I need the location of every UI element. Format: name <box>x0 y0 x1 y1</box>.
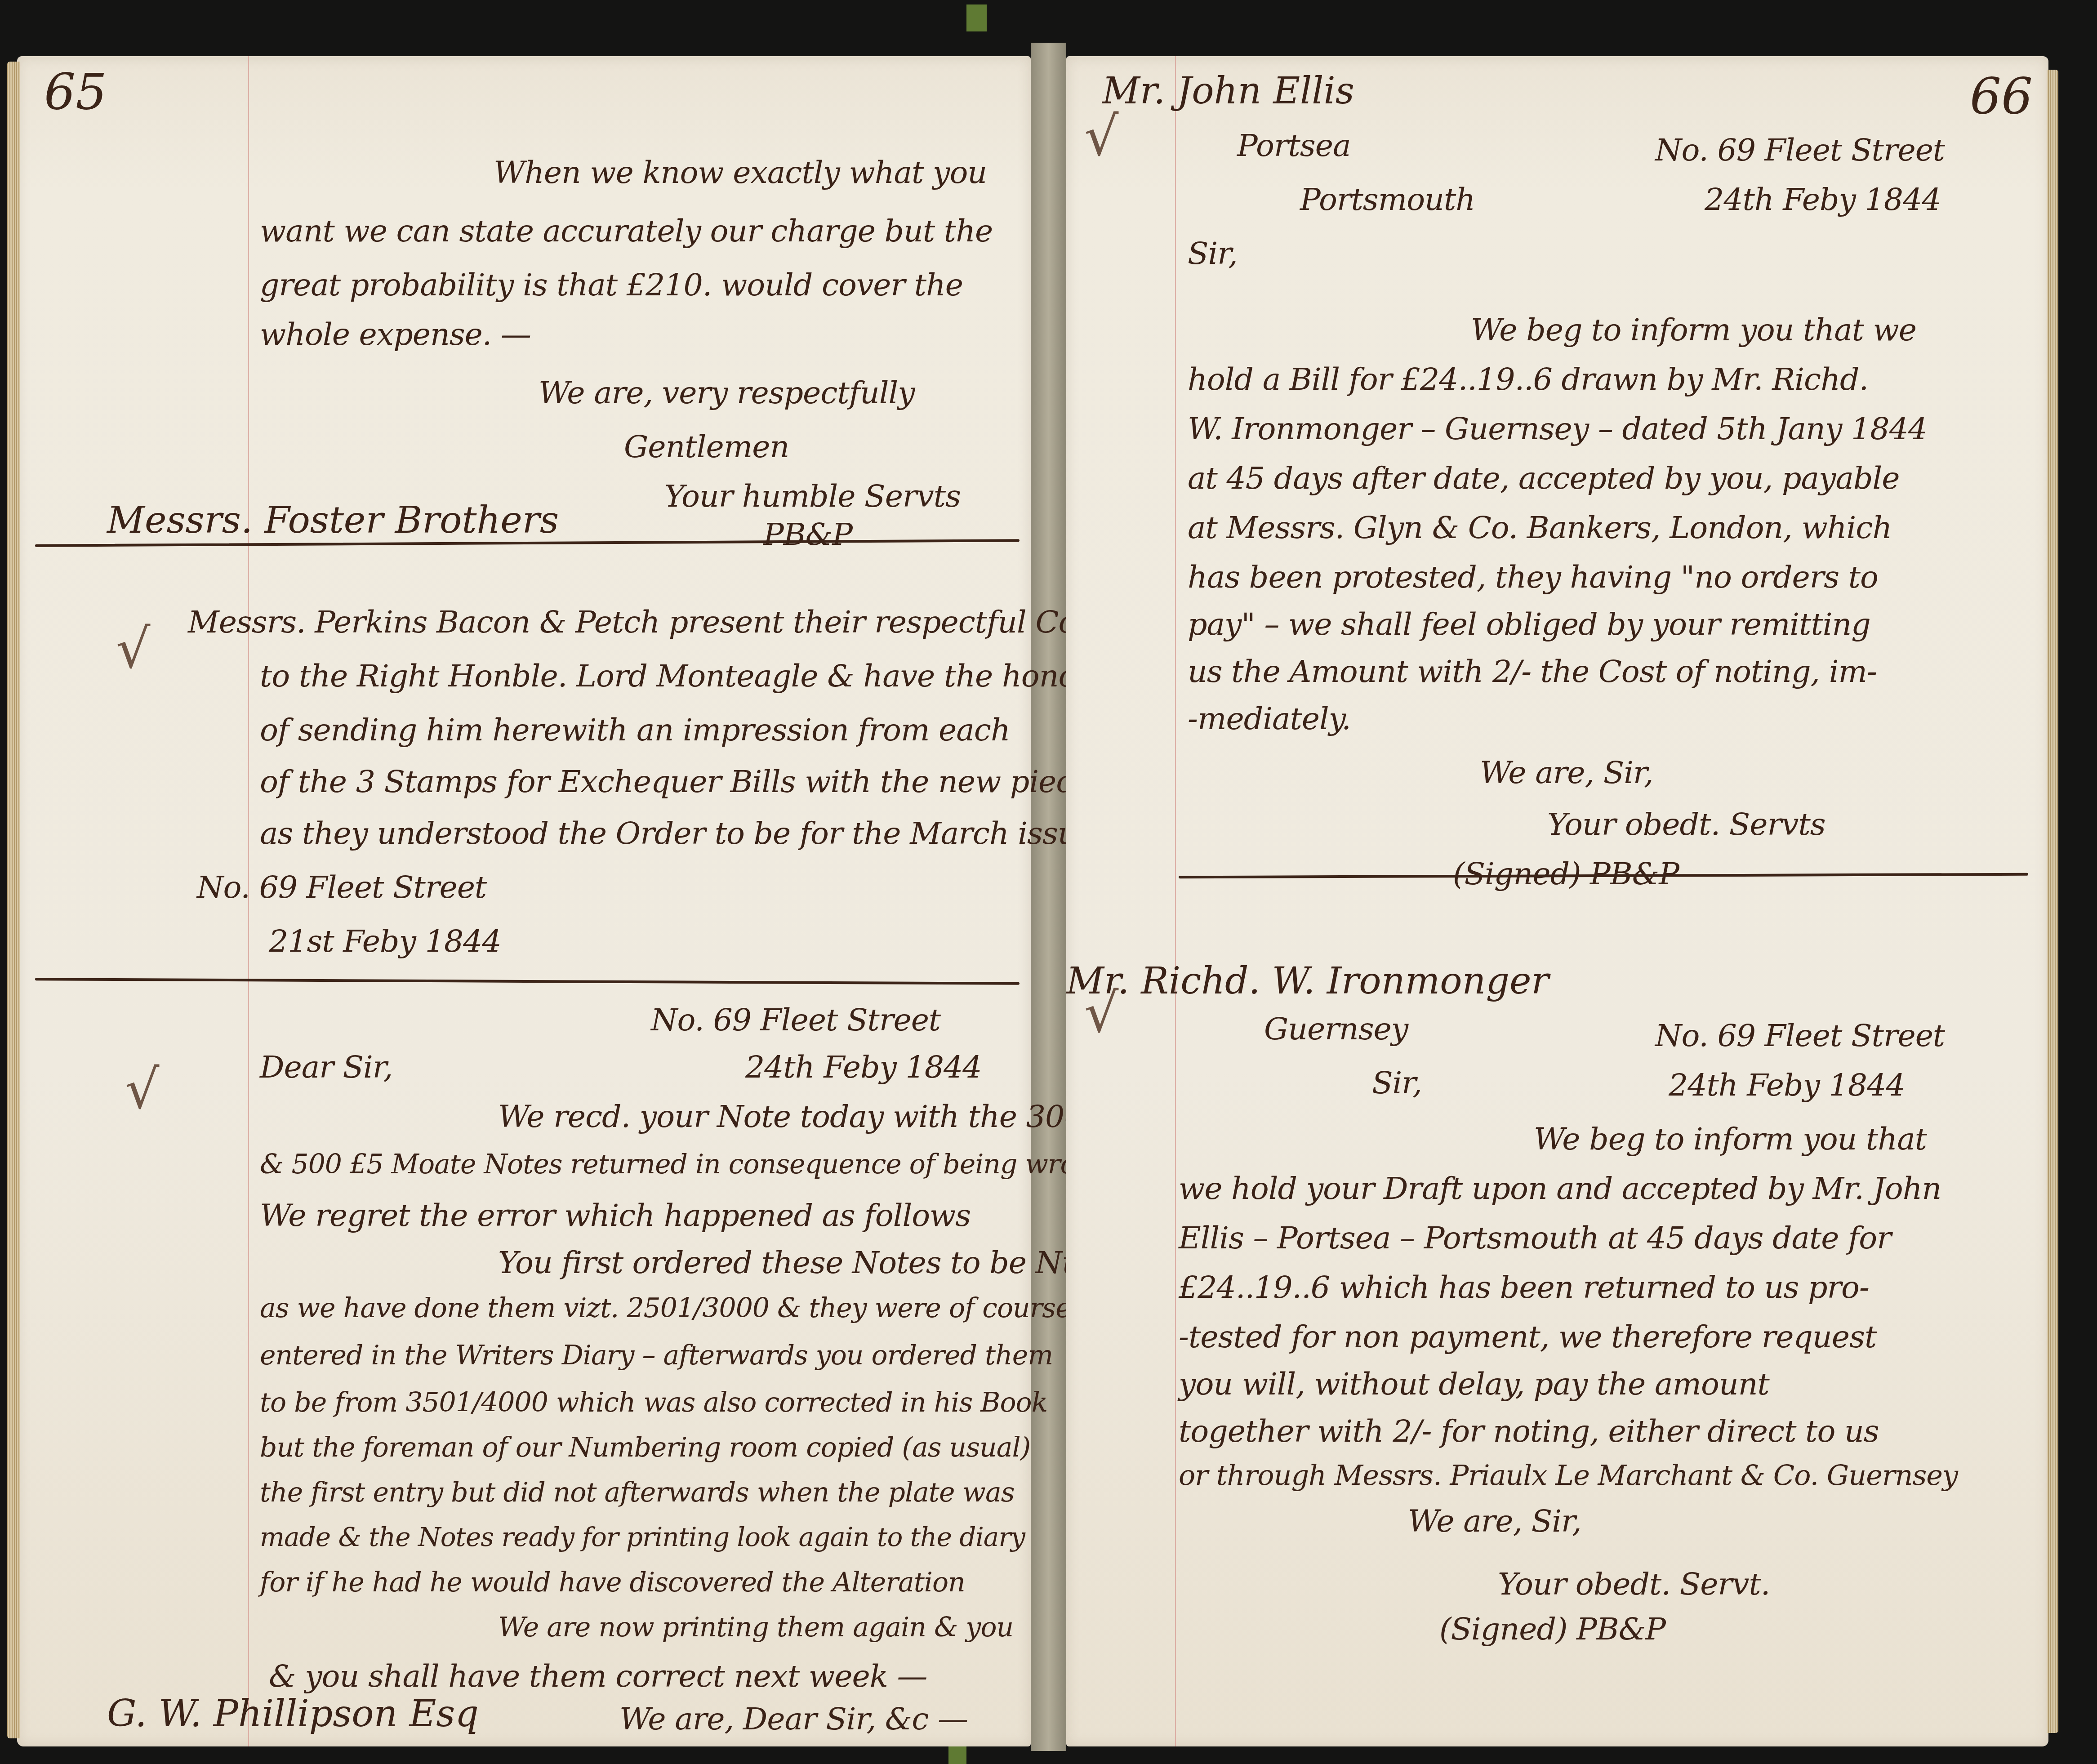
check-mark-icon: √ <box>125 1059 159 1121</box>
body-line: We beg to inform you that we <box>1471 312 1916 348</box>
addressee-city: Portsmouth <box>1300 182 1475 218</box>
green-ribbon-top <box>966 4 987 31</box>
body-line: together with 2/- for noting, either dir… <box>1179 1414 1879 1449</box>
body-line: hold a Bill for £24..19..6 drawn by Mr. … <box>1188 362 1868 397</box>
body-line: at Messrs. Glyn & Co. Bankers, London, w… <box>1188 510 1892 546</box>
page-number: 66 <box>1970 67 2033 125</box>
body-line: -mediately. <box>1188 701 1351 737</box>
body-line: Ellis – Portsea – Portsmouth at 45 days … <box>1179 1221 1891 1256</box>
closing-line: Your obedt. Servts <box>1547 807 1825 842</box>
body-line: the first entry but did not afterwards w… <box>260 1477 1014 1508</box>
body-line: you will, without delay, pay the amount <box>1179 1367 1769 1402</box>
body-line: has been protested, they having "no orde… <box>1188 560 1878 595</box>
body-line: pay" – we shall feel obliged by your rem… <box>1188 607 1870 642</box>
body-line: £24..19..6 which has been returned to us… <box>1179 1270 1869 1305</box>
addressee: Messrs. Foster Brothers <box>107 499 559 542</box>
body-line: of sending him herewith an impression fr… <box>260 713 1010 748</box>
body-line: -tested for non payment, we therefore re… <box>1179 1319 1876 1355</box>
closing-line: Your humble Servts <box>664 479 961 514</box>
addressee-town: Guernsey <box>1264 1011 1408 1047</box>
body-line: When we know exactly what you <box>494 155 987 191</box>
salutation: Sir, <box>1188 236 1238 272</box>
body-line: to be from 3501/4000 which was also corr… <box>260 1387 1047 1418</box>
closing-line: We are, Sir, <box>1408 1504 1581 1539</box>
letter-date: 21st Feby 1844 <box>269 924 501 959</box>
body-line: us the Amount with 2/- the Cost of notin… <box>1188 654 1877 690</box>
body-line: Messrs. Perkins Bacon & Petch present th… <box>188 605 1151 640</box>
body-line: We beg to inform you that <box>1534 1122 1927 1157</box>
signature: PB&P <box>763 517 852 552</box>
margin-rule <box>1175 56 1176 1746</box>
body-line: but the foreman of our Numbering room co… <box>260 1432 1030 1463</box>
body-line: want we can state accurately our charge … <box>260 214 993 249</box>
check-mark-icon: √ <box>1084 106 1118 168</box>
left-page: 65 When we know exactly what you want we… <box>17 56 1031 1746</box>
entry-divider <box>35 978 1020 985</box>
addressee: G. W. Phillipson Esq <box>107 1693 479 1735</box>
right-page: 66 √ Mr. John Ellis Portsea Portsmouth N… <box>1066 56 2048 1746</box>
body-line: as they understood the Order to be for t… <box>260 816 1104 851</box>
closing-line: We are, very respectfully <box>539 375 915 411</box>
body-line: as we have done them vizt. 2501/3000 & t… <box>260 1292 1109 1324</box>
sender-address: No. 69 Fleet Street <box>1655 133 1945 168</box>
body-line: & 500 £5 Moate Notes returned in consequ… <box>260 1149 1202 1180</box>
closing-line: Gentlemen <box>624 429 789 465</box>
check-mark-icon: √ <box>116 618 150 681</box>
sender-address: No. 69 Fleet Street <box>197 870 486 905</box>
body-line: great probability is that £210. would co… <box>260 267 963 303</box>
body-line: entered in the Writers Diary – afterward… <box>260 1340 1053 1371</box>
body-line: We are now printing them again & you <box>498 1612 1013 1643</box>
body-line: to the Right Honble. Lord Monteagle & ha… <box>260 659 1091 694</box>
closing-line: We are, Sir, <box>1480 755 1653 791</box>
page-number: 65 <box>44 63 107 120</box>
addressee-town: Portsea <box>1237 128 1350 164</box>
letter-date: 24th Feby 1844 <box>1705 182 1941 218</box>
sender-address: No. 69 Fleet Street <box>651 1002 940 1038</box>
sender-address: No. 69 Fleet Street <box>1655 1018 1945 1054</box>
closing-line: We are, Dear Sir, &c — <box>619 1702 968 1737</box>
body-line: We recd. your Note today with the 300 £3 <box>498 1099 1131 1135</box>
addressee-name: Mr. Richd. W. Ironmonger <box>1066 960 1549 1002</box>
body-line: or through Messrs. Priaulx Le Marchant &… <box>1179 1459 1958 1492</box>
salutation: Sir, <box>1372 1065 1422 1101</box>
body-line: whole expense. — <box>260 317 531 352</box>
book-gutter <box>1031 43 1066 1751</box>
letter-date: 24th Feby 1844 <box>745 1050 982 1085</box>
body-line: of the 3 Stamps for Exchequer Bills with… <box>260 764 1106 800</box>
body-line: we hold your Draft upon and accepted by … <box>1179 1171 1941 1207</box>
letter-date: 24th Feby 1844 <box>1669 1068 1905 1103</box>
closing-line: Your obedt. Servt. <box>1498 1567 1770 1602</box>
signature: (Signed) PB&P <box>1439 1612 1665 1647</box>
body-line: We regret the error which happened as fo… <box>260 1198 971 1234</box>
body-line: for if he had he would have discovered t… <box>260 1567 965 1598</box>
body-line: at 45 days after date, accepted by you, … <box>1188 461 1900 496</box>
body-line: made & the Notes ready for printing look… <box>260 1522 1025 1552</box>
addressee-name: Mr. John Ellis <box>1102 70 1354 112</box>
salutation: Dear Sir, <box>260 1050 392 1085</box>
body-line: W. Ironmonger – Guernsey – dated 5th Jan… <box>1188 411 1927 447</box>
body-line: & you shall have them correct next week … <box>269 1659 927 1694</box>
